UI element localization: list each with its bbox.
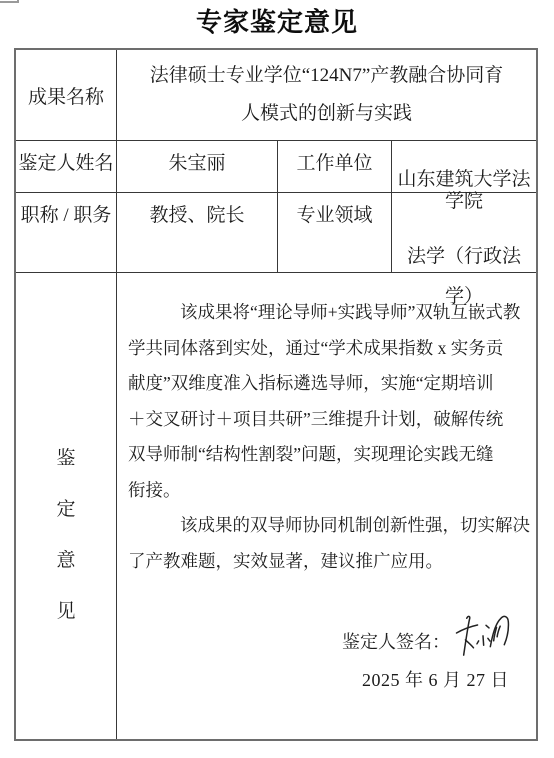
field-label-cell: 专业领域: [278, 193, 392, 273]
appraisal-form-table: 成果名称 法律硕士专业学位“124N7”产教融合协同育 人模式的创新与实践 鉴定…: [14, 48, 538, 741]
achievement-value-cell: 法律硕士专业学位“124N7”产教融合协同育 人模式的创新与实践: [117, 50, 536, 141]
work-unit-label-cell: 工作单位: [278, 141, 392, 193]
position-label-cell: 职称 / 职务: [16, 193, 117, 273]
work-unit-value-cell: 山东建筑大学法 学院: [392, 141, 536, 193]
opinion-body-cell: 该成果将“理论导师+实践导师”双轨互嵌式教 学共同体落到实处，通过“学术成果指数…: [117, 273, 536, 739]
work-unit-label: 工作单位: [296, 153, 372, 174]
signature-label: 鉴定人签名：: [342, 628, 450, 654]
opinion-label-cell: 鉴 定 意 见: [16, 273, 117, 739]
achievement-label-cell: 成果名称: [16, 50, 117, 141]
appraiser-name-label: 鉴定人姓名: [18, 153, 113, 174]
position-value: 教授、院长: [149, 205, 244, 226]
document-page: 专家鉴定意见 成果名称 法律硕士专业学位“124N7”产教融合协同育 人模式的创…: [0, 0, 554, 758]
appraiser-name-value-cell: 朱宝丽: [117, 141, 278, 193]
achievement-label: 成果名称: [28, 82, 104, 109]
appraiser-name-value: 朱宝丽: [168, 153, 225, 174]
opinion-paragraph-1: 该成果将“理论导师+实践导师”双轨互嵌式教 学共同体落到实处，通过“学术成果指数…: [128, 295, 528, 508]
signature-row: 鉴定人签名：: [342, 611, 512, 659]
appraiser-name-label-cell: 鉴定人姓名: [16, 141, 117, 193]
field-value-cell: 法学（行政法 学）: [392, 193, 536, 273]
page-title: 专家鉴定意见: [0, 2, 554, 39]
position-value-cell: 教授、院长: [117, 193, 278, 273]
handwritten-signature-icon: [450, 609, 513, 661]
opinion-label: 鉴 定 意 见: [56, 433, 75, 637]
achievement-value: 法律硕士专业学位“124N7”产教融合协同育 人模式的创新与实践: [150, 57, 504, 133]
field-label: 专业领域: [296, 205, 372, 226]
date-line: 2025 年 6 月 27 日: [362, 666, 509, 692]
position-label: 职称 / 职务: [21, 205, 112, 226]
opinion-paragraph-2: 该成果的双导师协同机制创新性强，切实解决 了产教难题，实效显著，建议推广应用。: [128, 508, 528, 579]
